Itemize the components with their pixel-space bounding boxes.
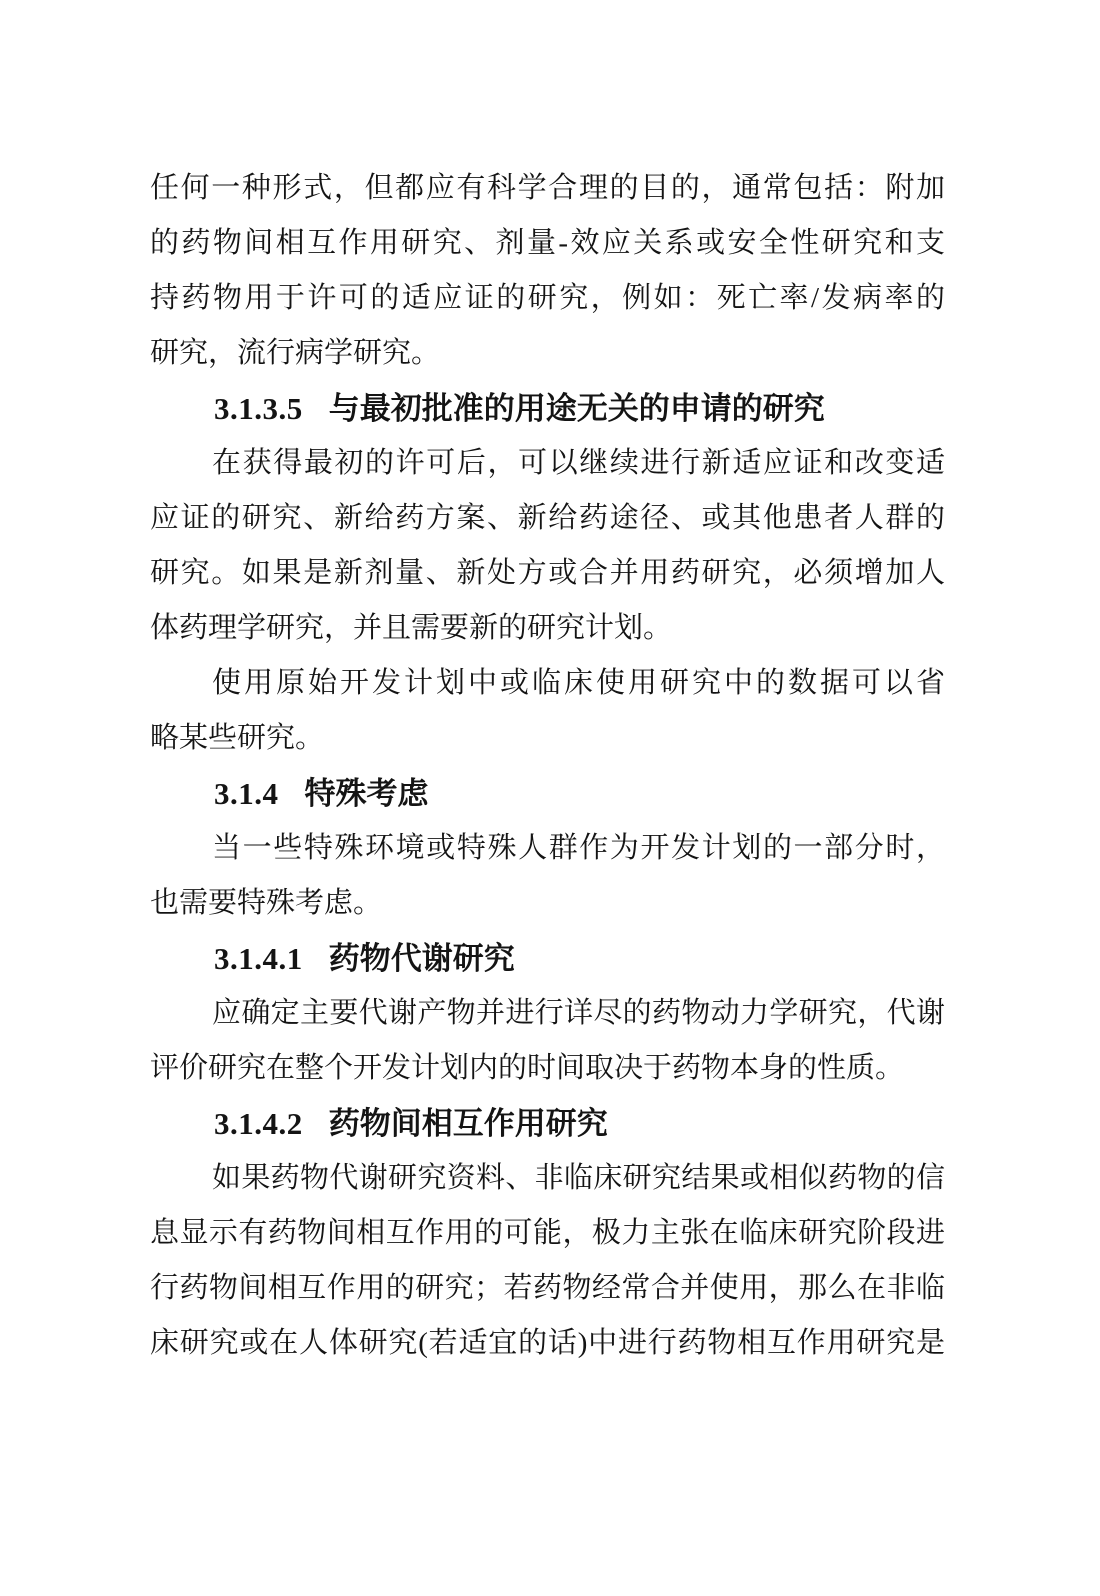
text-line: 应证的研究、新给药方案、新给药途径、或其他患者人群的 bbox=[150, 491, 945, 546]
text-line: 研究，流行病学研究。 bbox=[150, 326, 945, 381]
text-line: 在获得最初的许可后，可以继续进行新适应证和改变适 bbox=[150, 436, 945, 491]
text-line: 任何一种形式，但都应有科学合理的目的，通常包括：附加 bbox=[150, 161, 945, 216]
section-heading: 3.1.4.2药物间相互作用研究 bbox=[150, 1096, 945, 1151]
section-number: 3.1.4 bbox=[214, 776, 279, 811]
text-line: 如果药物代谢研究资料、非临床研究结果或相似药物的信 bbox=[150, 1151, 945, 1206]
section-number: 3.1.4.1 bbox=[214, 941, 303, 976]
text-line: 当一些特殊环境或特殊人群作为开发计划的一部分时， bbox=[150, 821, 945, 876]
text-line: 行药物间相互作用的研究；若药物经常合并使用，那么在非临 bbox=[150, 1261, 945, 1316]
document-page: 任何一种形式，但都应有科学合理的目的，通常包括：附加的药物间相互作用研究、剂量-… bbox=[0, 0, 1100, 1596]
text-line: 体药理学研究，并且需要新的研究计划。 bbox=[150, 601, 945, 656]
text-line: 的药物间相互作用研究、剂量-效应关系或安全性研究和支 bbox=[150, 216, 945, 271]
text-line: 息显示有药物间相互作用的可能，极力主张在临床研究阶段进 bbox=[150, 1206, 945, 1261]
section-number: 3.1.3.5 bbox=[214, 391, 303, 426]
section-heading: 3.1.4.1药物代谢研究 bbox=[150, 931, 945, 986]
section-title: 与最初批准的用途无关的申请的研究 bbox=[329, 391, 825, 426]
text-line: 应确定主要代谢产物并进行详尽的药物动力学研究，代谢 bbox=[150, 986, 945, 1041]
text-line: 持药物用于许可的适应证的研究，例如：死亡率/发病率的 bbox=[150, 271, 945, 326]
text-line: 也需要特殊考虑。 bbox=[150, 876, 945, 931]
section-heading: 3.1.3.5与最初批准的用途无关的申请的研究 bbox=[150, 381, 945, 436]
section-heading: 3.1.4特殊考虑 bbox=[150, 766, 945, 821]
section-title: 药物间相互作用研究 bbox=[329, 1106, 608, 1141]
text-line: 研究。如果是新剂量、新处方或合并用药研究，必须增加人 bbox=[150, 546, 945, 601]
section-title: 药物代谢研究 bbox=[329, 941, 515, 976]
section-number: 3.1.4.2 bbox=[214, 1106, 303, 1141]
text-line: 使用原始开发计划中或临床使用研究中的数据可以省 bbox=[150, 656, 945, 711]
section-title: 特殊考虑 bbox=[305, 776, 429, 811]
text-line: 评价研究在整个开发计划内的时间取决于药物本身的性质。 bbox=[150, 1041, 945, 1096]
text-line: 略某些研究。 bbox=[150, 711, 945, 766]
document-content: 任何一种形式，但都应有科学合理的目的，通常包括：附加的药物间相互作用研究、剂量-… bbox=[150, 161, 945, 1371]
text-line: 床研究或在人体研究(若适宜的话)中进行药物相互作用研究是 bbox=[150, 1316, 945, 1371]
